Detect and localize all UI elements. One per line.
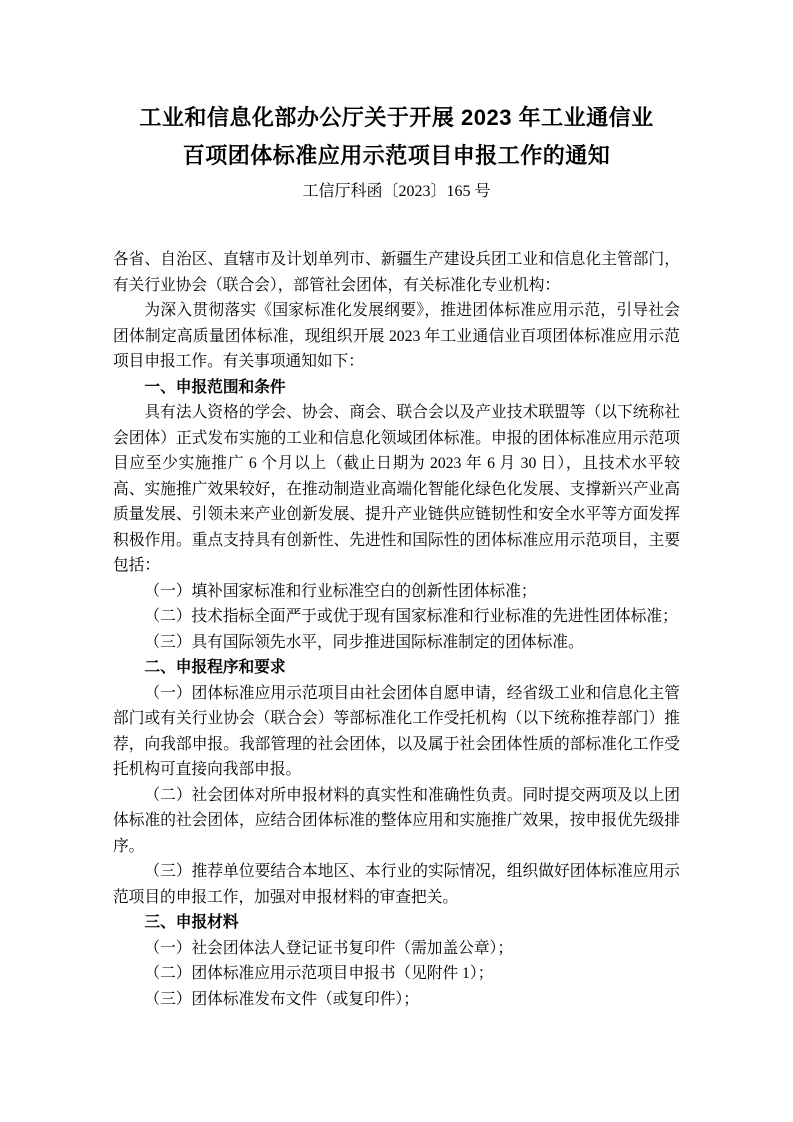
paragraph: 具有法人资格的学会、协会、商会、联合会以及产业技术联盟等（以下统称社会团体）正式… <box>113 400 680 579</box>
paragraph: （二）团体标准应用示范项目申报书（见附件 1）； <box>113 961 680 987</box>
document-title: 工业和信息化部办公厅关于开展 2023 年工业通信业 百项团体标准应用示范项目申… <box>113 99 680 175</box>
document-page: 工业和信息化部办公厅关于开展 2023 年工业通信业 百项团体标准应用示范项目申… <box>0 0 793 1122</box>
document-body: 各省、自治区、直辖市及计划单列市、新疆生产建设兵团工业和信息化主管部门，有关行业… <box>113 247 680 1012</box>
paragraph: （一）填补国家标准和行业标准空白的创新性团体标准； <box>113 579 680 605</box>
document-title-line2: 百项团体标准应用示范项目申报工作的通知 <box>113 137 680 175</box>
paragraph: （三）推荐单位要结合本地区、本行业的实际情况，组织做好团体标准应用示范项目的申报… <box>113 859 680 910</box>
section-heading: 三、申报材料 <box>113 910 680 936</box>
section-heading: 一、申报范围和条件 <box>113 375 680 401</box>
paragraph: （一）团体标准应用示范项目由社会团体自愿申请，经省级工业和信息化主管部门或有关行… <box>113 681 680 783</box>
paragraph: 为深入贯彻落实《国家标准化发展纲要》，推进团体标准应用示范，引导社会团体制定高质… <box>113 298 680 375</box>
paragraph: （二）技术指标全面严于或优于现有国家标准和行业标准的先进性团体标准； <box>113 604 680 630</box>
document-title-line1: 工业和信息化部办公厅关于开展 2023 年工业通信业 <box>113 99 680 137</box>
paragraph: （三）团体标准发布文件（或复印件）； <box>113 987 680 1013</box>
paragraph: （三）具有国际领先水平，同步推进国际标准制定的团体标准。 <box>113 630 680 656</box>
paragraph: 各省、自治区、直辖市及计划单列市、新疆生产建设兵团工业和信息化主管部门，有关行业… <box>113 247 680 298</box>
paragraph: （一）社会团体法人登记证书复印件（需加盖公章）； <box>113 936 680 962</box>
paragraph: （二）社会团体对所申报材料的真实性和准确性负责。同时提交两项及以上团体标准的社会… <box>113 783 680 860</box>
document-number: 工信厅科函〔2023〕165 号 <box>113 179 680 205</box>
section-heading: 二、申报程序和要求 <box>113 655 680 681</box>
